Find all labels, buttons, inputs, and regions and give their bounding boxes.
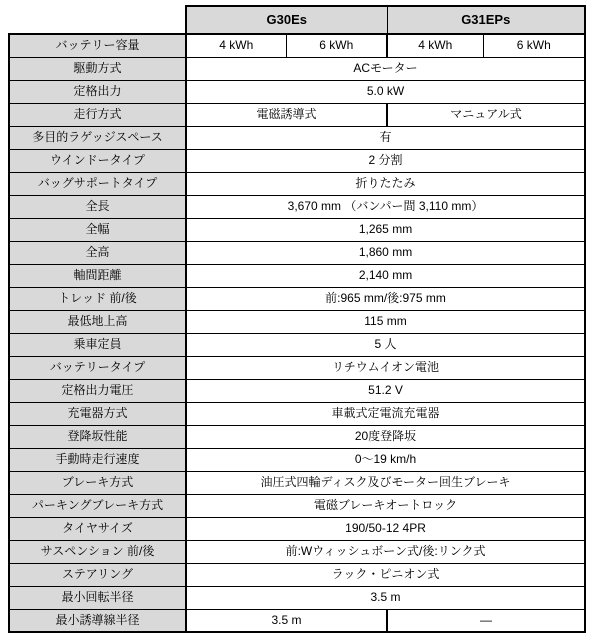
spec-value-cell: 2 分割: [186, 149, 585, 172]
table-row: ステアリングラック・ピニオン式: [9, 563, 585, 586]
spec-value-cell: 115 mm: [186, 310, 585, 333]
spec-value-cell: ―: [387, 609, 585, 632]
table-row: 軸間距離2,140 mm: [9, 264, 585, 287]
row-label: サスペンション 前/後: [9, 540, 186, 563]
spec-value-cell: 4 kWh: [387, 34, 483, 57]
row-label: 全長: [9, 195, 186, 218]
corner-blank-cell: [9, 6, 186, 34]
table-row: ウインドータイプ2 分割: [9, 149, 585, 172]
row-label: 全高: [9, 241, 186, 264]
table-row: 手動時走行速度0～19 km/h: [9, 448, 585, 471]
table-row: 最小誘導線半径3.5 m―: [9, 609, 585, 632]
model-header-g30es: G30Es: [186, 6, 387, 34]
spec-value-cell: 2,140 mm: [186, 264, 585, 287]
spec-value-cell: 3.5 m: [186, 609, 387, 632]
table-row: 乗車定員5 人: [9, 333, 585, 356]
spec-value-cell: 電磁誘導式: [186, 103, 387, 126]
row-label: バッグサポートタイプ: [9, 172, 186, 195]
table-row: 最低地上高115 mm: [9, 310, 585, 333]
spec-sheet-page: G30Es G31EPs バッテリー容量4 kWh6 kWh4 kWh6 kWh…: [0, 0, 590, 636]
spec-value-cell: 1,265 mm: [186, 218, 585, 241]
table-row: 駆動方式ACモーター: [9, 57, 585, 80]
table-row: サスペンション 前/後前:Wウィッシュボーン式/後:リンク式: [9, 540, 585, 563]
table-row: 最小回転半径3.5 m: [9, 586, 585, 609]
row-label: 充電器方式: [9, 402, 186, 425]
table-row: ブレーキ方式油圧式四輪ディスク及びモーター回生ブレーキ: [9, 471, 585, 494]
spec-value-cell: 電磁ブレーキオートロック: [186, 494, 585, 517]
spec-value-cell: ACモーター: [186, 57, 585, 80]
spec-value-cell: 油圧式四輪ディスク及びモーター回生ブレーキ: [186, 471, 585, 494]
table-row: 定格出力5.0 kW: [9, 80, 585, 103]
spec-value-cell: 6 kWh: [483, 34, 585, 57]
row-label: 軸間距離: [9, 264, 186, 287]
row-label: ウインドータイプ: [9, 149, 186, 172]
row-label: 乗車定員: [9, 333, 186, 356]
row-label: 定格出力電圧: [9, 379, 186, 402]
table-row: 全高1,860 mm: [9, 241, 585, 264]
spec-value-cell: 20度登降坂: [186, 425, 585, 448]
spec-table: G30Es G31EPs バッテリー容量4 kWh6 kWh4 kWh6 kWh…: [8, 5, 586, 633]
row-label: 多目的ラゲッジスペース: [9, 126, 186, 149]
row-label: 最低地上高: [9, 310, 186, 333]
spec-value-cell: 折りたたみ: [186, 172, 585, 195]
row-label: 手動時走行速度: [9, 448, 186, 471]
spec-value-cell: 車載式定電流充電器: [186, 402, 585, 425]
table-row: 全幅1,265 mm: [9, 218, 585, 241]
spec-value-cell: 前:Wウィッシュボーン式/後:リンク式: [186, 540, 585, 563]
row-label: 最小回転半径: [9, 586, 186, 609]
spec-value-cell: 5.0 kW: [186, 80, 585, 103]
model-header-row: G30Es G31EPs: [9, 6, 585, 34]
table-row: 多目的ラゲッジスペース有: [9, 126, 585, 149]
row-label: ステアリング: [9, 563, 186, 586]
spec-value-cell: 51.2 V: [186, 379, 585, 402]
row-label: ブレーキ方式: [9, 471, 186, 494]
spec-value-cell: 前:965 mm/後:975 mm: [186, 287, 585, 310]
row-label: 全幅: [9, 218, 186, 241]
table-row: バッテリータイプリチウムイオン電池: [9, 356, 585, 379]
spec-value-cell: リチウムイオン電池: [186, 356, 585, 379]
table-row: 定格出力電圧51.2 V: [9, 379, 585, 402]
table-row: 充電器方式車載式定電流充電器: [9, 402, 585, 425]
spec-value-cell: ラック・ピニオン式: [186, 563, 585, 586]
spec-value-cell: 有: [186, 126, 585, 149]
spec-value-cell: 1,860 mm: [186, 241, 585, 264]
table-row: トレッド 前/後前:965 mm/後:975 mm: [9, 287, 585, 310]
spec-value-cell: 190/50-12 4PR: [186, 517, 585, 540]
table-row: 全長3,670 mm （バンパー間 3,110 mm）: [9, 195, 585, 218]
row-label: 駆動方式: [9, 57, 186, 80]
table-row: 登降坂性能20度登降坂: [9, 425, 585, 448]
table-row: 走行方式電磁誘導式マニュアル式: [9, 103, 585, 126]
model-header-g31eps: G31EPs: [387, 6, 585, 34]
table-row: パーキングブレーキ方式電磁ブレーキオートロック: [9, 494, 585, 517]
spec-value-cell: 3,670 mm （バンパー間 3,110 mm）: [186, 195, 585, 218]
row-label: タイヤサイズ: [9, 517, 186, 540]
spec-value-cell: 6 kWh: [286, 34, 387, 57]
spec-value-cell: 5 人: [186, 333, 585, 356]
spec-value-cell: 3.5 m: [186, 586, 585, 609]
row-label: バッテリー容量: [9, 34, 186, 57]
table-row: バッテリー容量4 kWh6 kWh4 kWh6 kWh: [9, 34, 585, 57]
spec-value-cell: マニュアル式: [387, 103, 585, 126]
row-label: 登降坂性能: [9, 425, 186, 448]
spec-value-cell: 4 kWh: [186, 34, 286, 57]
row-label: バッテリータイプ: [9, 356, 186, 379]
spec-table-body: バッテリー容量4 kWh6 kWh4 kWh6 kWh駆動方式ACモーター定格出…: [9, 34, 585, 632]
row-label: 定格出力: [9, 80, 186, 103]
table-row: タイヤサイズ190/50-12 4PR: [9, 517, 585, 540]
row-label: 最小誘導線半径: [9, 609, 186, 632]
row-label: 走行方式: [9, 103, 186, 126]
row-label: パーキングブレーキ方式: [9, 494, 186, 517]
row-label: トレッド 前/後: [9, 287, 186, 310]
table-row: バッグサポートタイプ折りたたみ: [9, 172, 585, 195]
spec-value-cell: 0～19 km/h: [186, 448, 585, 471]
